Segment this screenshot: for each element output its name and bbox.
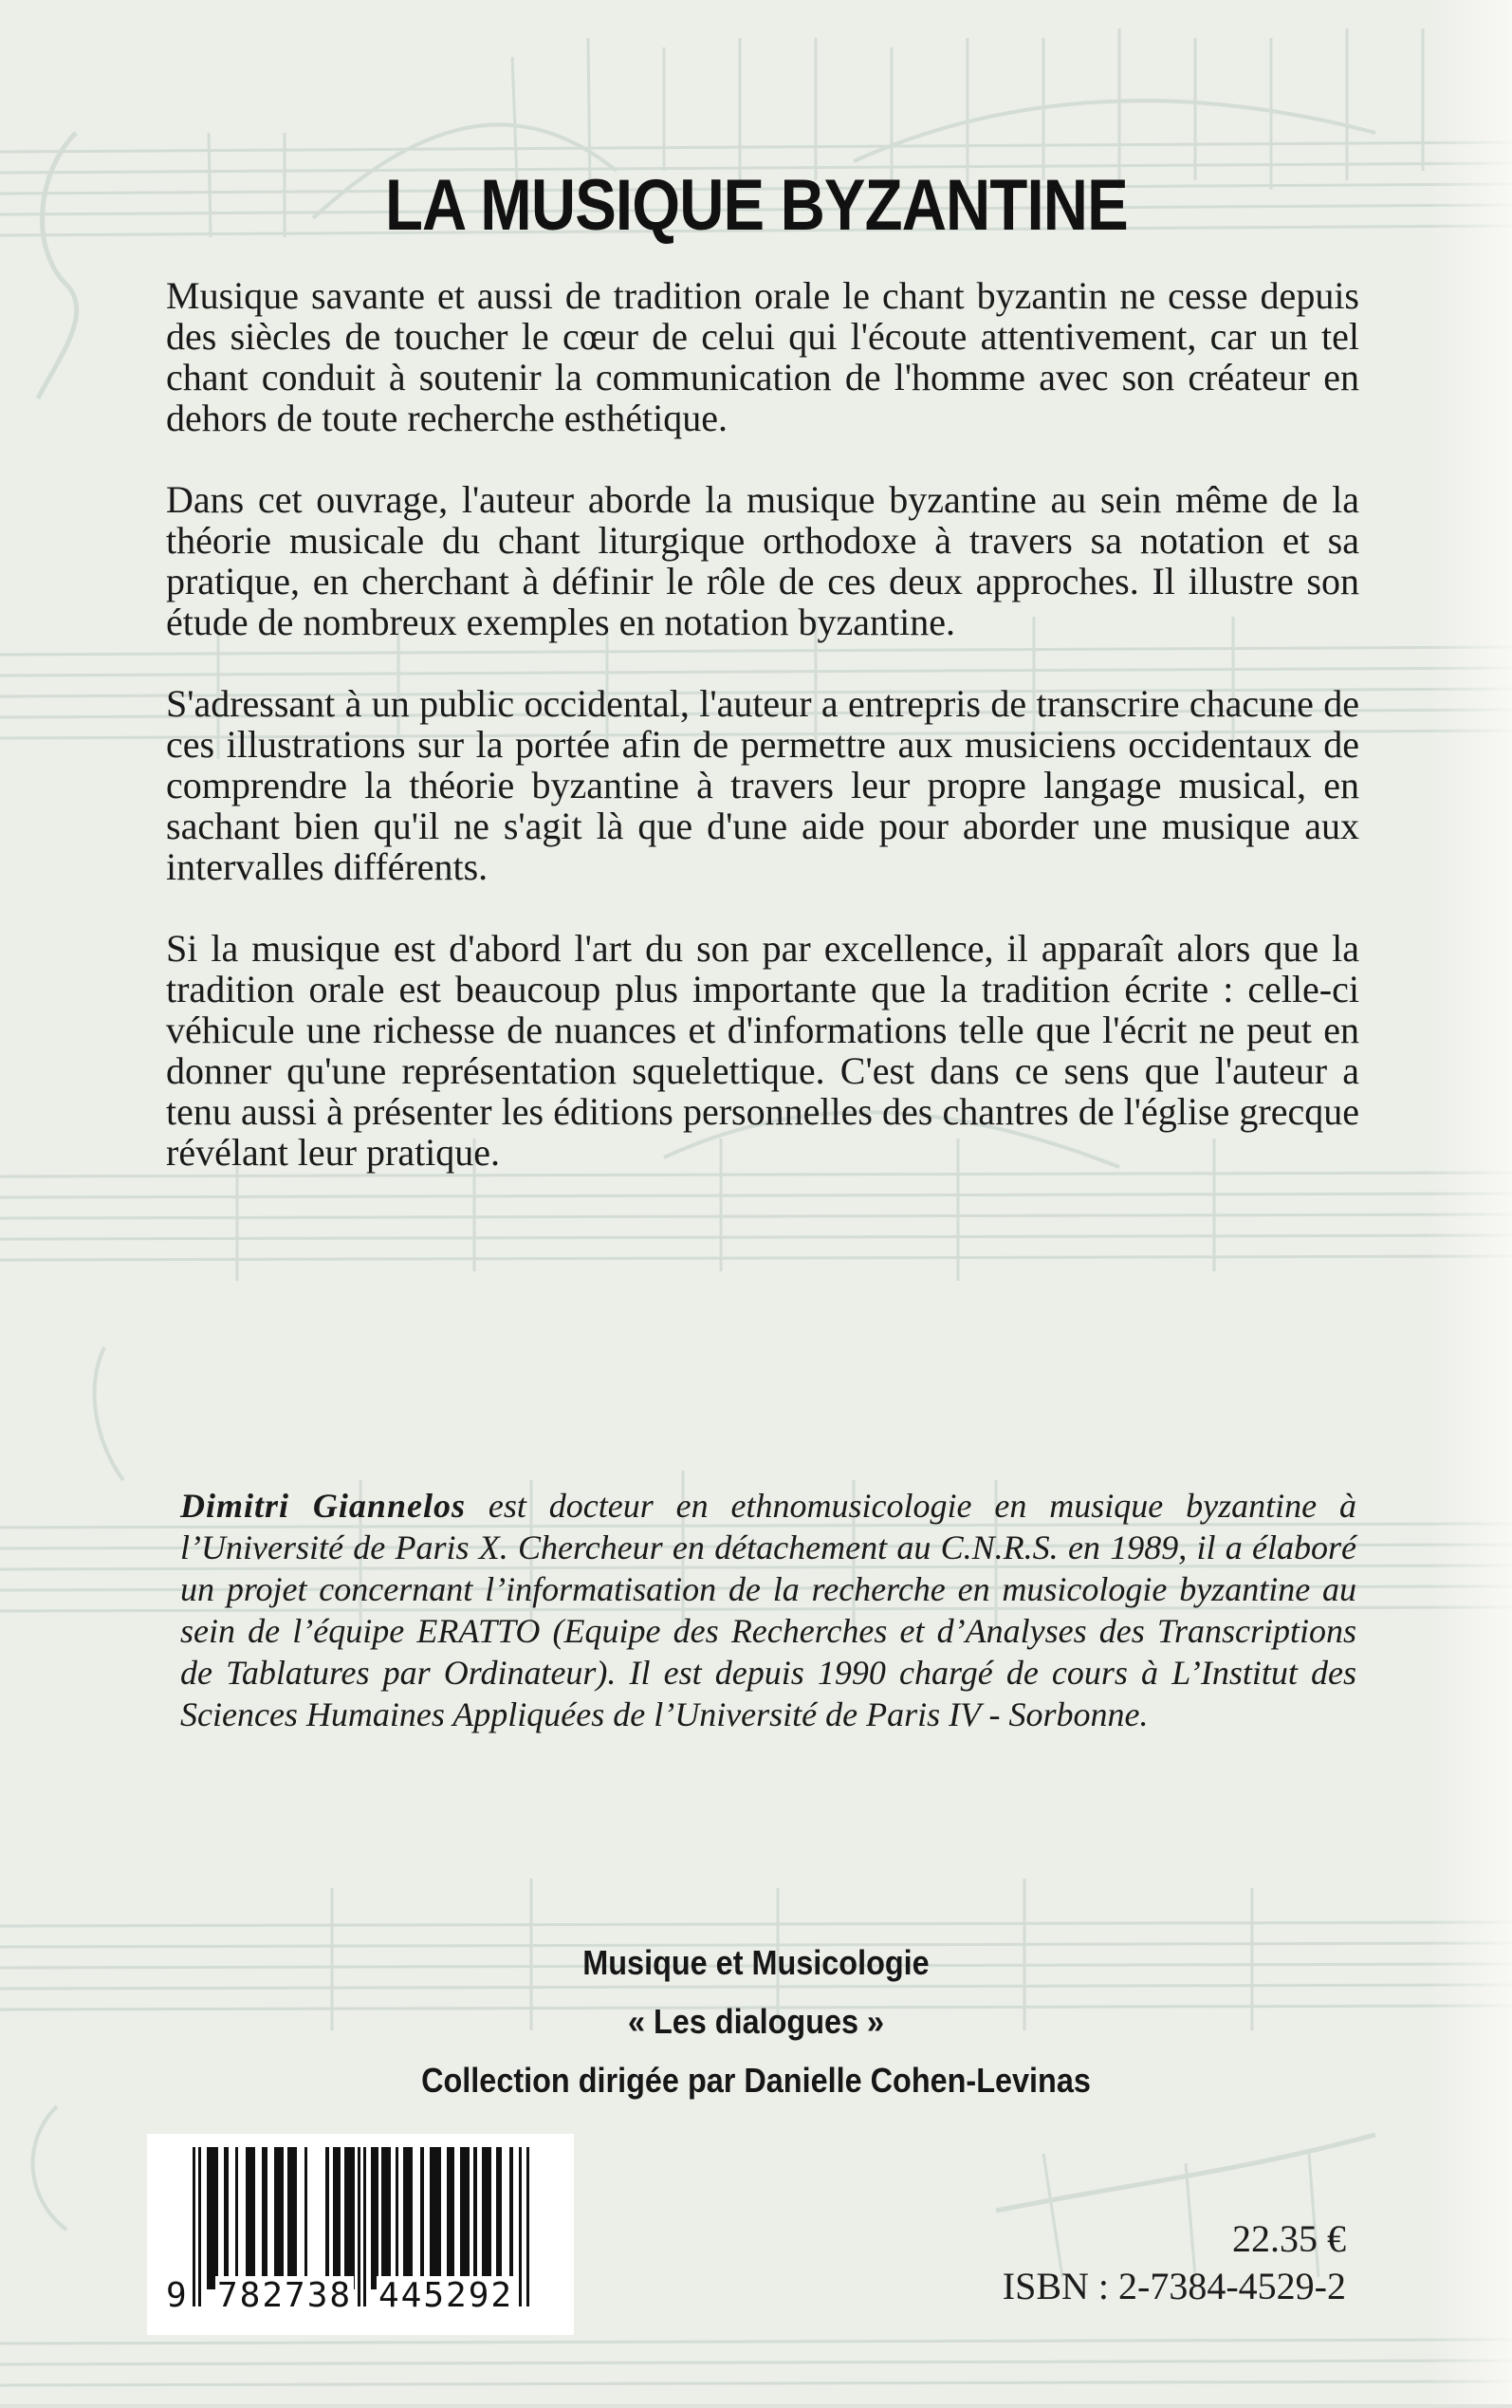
isbn-label: ISBN : 2-7384-4529-2 (1003, 2268, 1346, 2306)
price-label: 22.35 € (1232, 2220, 1346, 2258)
author-bio-paragraph: Dimitri Giannelos est docteur en ethnomu… (180, 1485, 1356, 1735)
blurb-paragraph-3: S'adressant à un public occidental, l'au… (166, 683, 1359, 887)
collection-director: Collection dirigée par Danielle Cohen-Le… (76, 2051, 1437, 2110)
barcode-group-1: 782738 (215, 2276, 354, 2315)
barcode: 9 782738 445292 (147, 2134, 574, 2335)
subseries-name: « Les dialogues » (76, 1992, 1437, 2051)
blurb-paragraph-4: Si la musique est d'abord l'art du son p… (166, 928, 1359, 1173)
page-bottom-edge (0, 2404, 1512, 2408)
book-title: LA MUSIQUE BYZANTINE (106, 170, 1407, 242)
barcode-lead-digit: 9 (166, 2276, 189, 2315)
series-name: Musique et Musicologie (76, 1934, 1437, 1992)
barcode-group-2: 445292 (377, 2276, 515, 2315)
collection-info: Musique et Musicologie « Les dialogues »… (0, 1934, 1512, 2110)
author-bio: Dimitri Giannelos est docteur en ethnomu… (180, 1485, 1356, 1735)
blurb-paragraph-2: Dans cet ouvrage, l'auteur aborde la mus… (166, 479, 1359, 642)
back-cover-blurb: Musique savante et aussi de tradition or… (166, 275, 1359, 1213)
author-name: Dimitri Giannelos (180, 1487, 466, 1525)
blurb-paragraph-1: Musique savante et aussi de tradition or… (166, 275, 1359, 438)
